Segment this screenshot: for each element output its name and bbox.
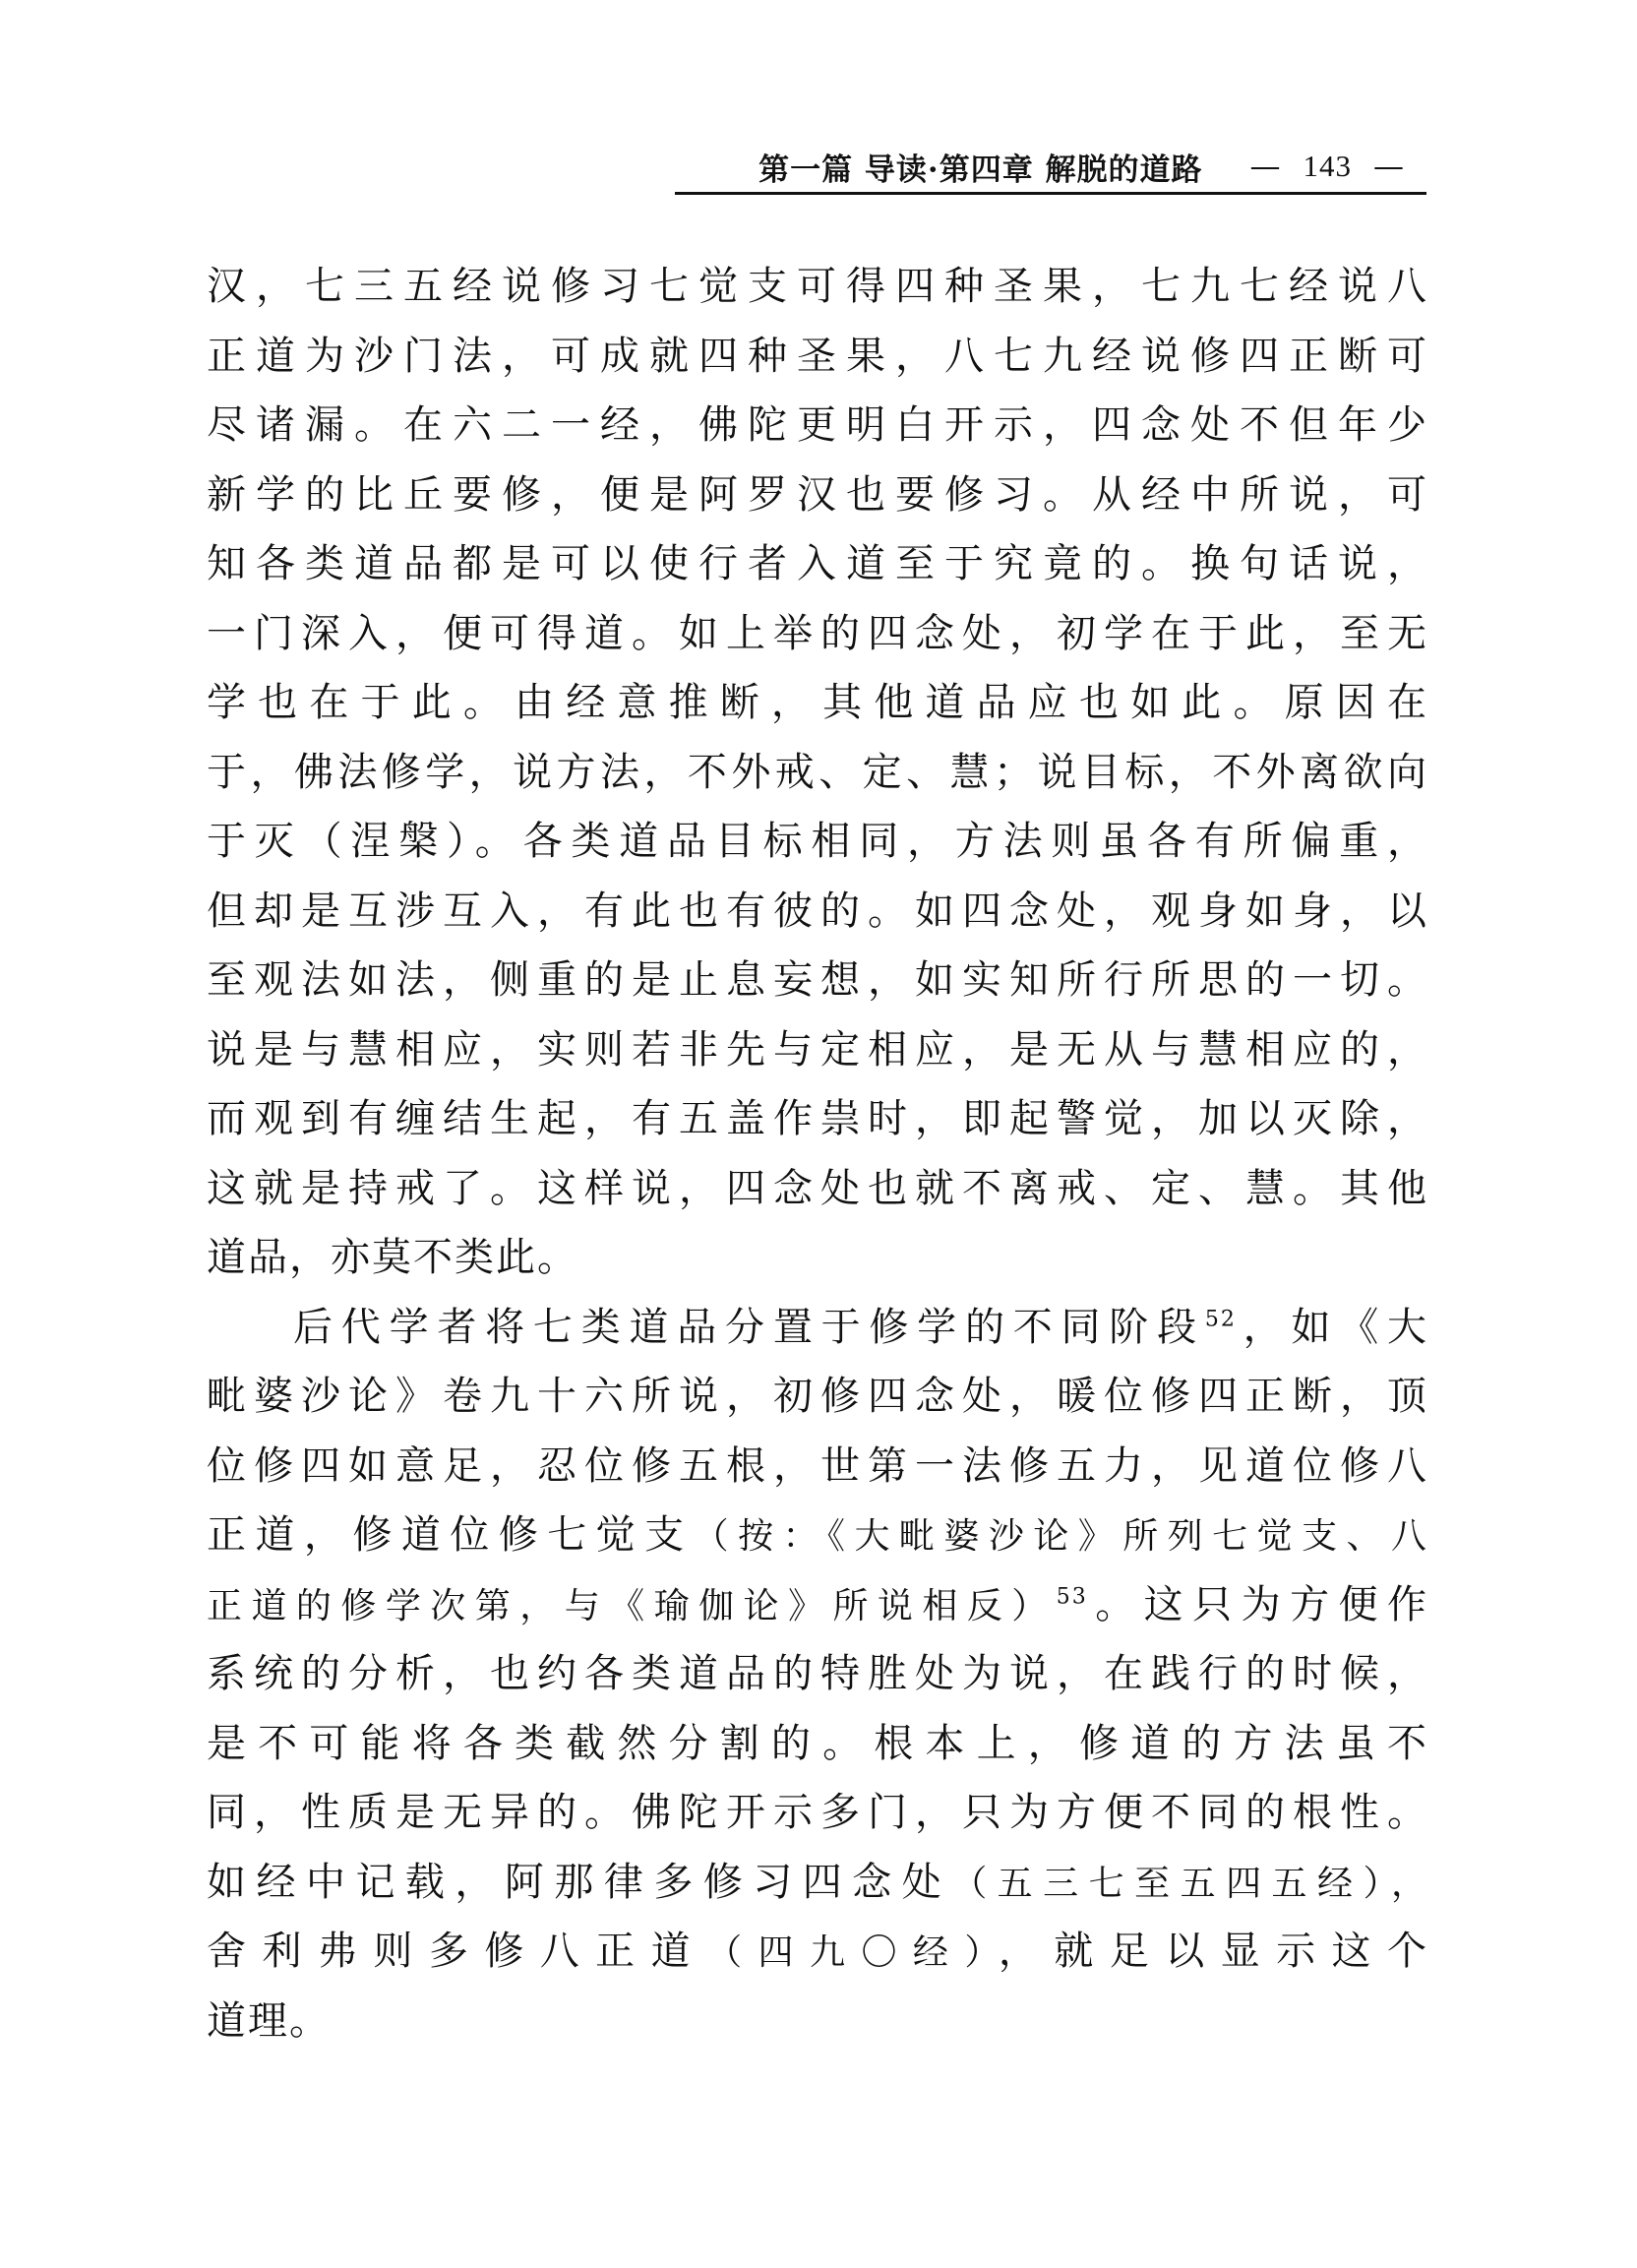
text-line: 这就是持戒了。这样说，四念处也就不离戒、定、慧。其他 xyxy=(207,1154,1428,1224)
text-line: 同，性质是无异的。佛陀开示多门，只为方便不同的根性。 xyxy=(207,1778,1428,1848)
body-text: 汉，七三五经说修习七觉支可得四种圣果，七九七经说八 正道为沙门法，可成就四种圣果… xyxy=(207,252,1428,2055)
text-line: 学也在于此。由经意推断，其他道品应也如此。原因在 xyxy=(207,668,1428,738)
text-line: 尽诸漏。在六二一经，佛陀更明白开示，四念处不但年少 xyxy=(207,391,1428,460)
editor-note: （按：《大毗婆沙论》所列七觉支、八 xyxy=(694,1516,1428,1557)
page-number: 143 xyxy=(1304,149,1353,184)
header-rule xyxy=(675,192,1426,195)
text-run: 如经中记载，阿那律多修习四念处 xyxy=(207,1860,951,1905)
text-run: ，如《大 xyxy=(1237,1305,1428,1350)
text-line: 新学的比丘要修，便是阿罗汉也要修习。从经中所说，可 xyxy=(207,460,1428,530)
text-line: 说是与慧相应，实则若非先与定相应，是无从与慧相应的， xyxy=(207,1015,1428,1085)
text-run: 。这只为方便作 xyxy=(1088,1582,1428,1627)
text-line: 知各类道品都是可以使行者入道至于究竟的。换句话说， xyxy=(207,529,1428,599)
chapter-title: 第一篇 导读·第四章 解脱的道路 xyxy=(758,145,1202,189)
text-line: 但却是互涉互入，有此也有彼的。如四念处，观身如身，以 xyxy=(207,877,1428,947)
sutra-reference: （五三七至五四五经）， xyxy=(951,1864,1428,1904)
editor-note: 正道的修学次第，与《瑜伽论》所说相反） xyxy=(207,1586,1057,1626)
text-line: 道品，亦莫不类此。 xyxy=(207,1223,1428,1293)
footnote-marker-52[interactable]: 52 xyxy=(1205,1307,1237,1331)
text-line: 而观到有缠结生起，有五盖作祟时，即起警觉，加以灭除， xyxy=(207,1084,1428,1154)
text-line: 于，佛法修学，说方法，不外戒、定、慧；说目标，不外离欲向 xyxy=(207,738,1428,808)
text-line: 舍利弗则多修八正道（四九〇经），就足以显示这个 xyxy=(207,1917,1428,1987)
dash-left: — xyxy=(1250,149,1282,184)
text-run: 正道，修道位修七觉支 xyxy=(207,1512,694,1558)
text-line: 位修四如意足，忍位修五根，世第一法修五力，见道位修八 xyxy=(207,1432,1428,1502)
dash-right: — xyxy=(1373,149,1405,184)
paragraph-start: 后代学者将七类道品分置于修学的不同阶段52，如《大 xyxy=(207,1293,1428,1363)
running-header: 第一篇 导读·第四章 解脱的道路 — 143 — xyxy=(675,144,1426,189)
text-run: ，就足以显示这个 xyxy=(999,1929,1428,1974)
text-line: 汉，七三五经说修习七觉支可得四种圣果，七九七经说八 xyxy=(207,252,1428,322)
text-run: 舍利弗则多修八正道 xyxy=(207,1929,706,1974)
text-line: 至观法如法，侧重的是止息妄想，如实知所行所思的一切。 xyxy=(207,946,1428,1015)
text-line: 于灭（涅槃）。各类道品目标相同，方法则虽各有所偏重， xyxy=(207,807,1428,877)
footnote-marker-53[interactable]: 53 xyxy=(1057,1584,1088,1609)
text-line: 正道为沙门法，可成就四种圣果，八七九经说修四正断可 xyxy=(207,322,1428,392)
text-line: 是不可能将各类截然分割的。根本上，修道的方法虽不 xyxy=(207,1709,1428,1779)
sutra-reference: （四九〇经） xyxy=(706,1932,999,1973)
text-run: 后代学者将七类道品分置于修学的不同阶段 xyxy=(293,1305,1205,1350)
text-line: 系统的分析，也约各类道品的特胜处为说，在践行的时候， xyxy=(207,1639,1428,1709)
text-line: 毗婆沙论》卷九十六所说，初修四念处，暖位修四正断，顶 xyxy=(207,1362,1428,1432)
text-line: 道理。 xyxy=(207,1987,1428,2056)
text-line: 正道的修学次第，与《瑜伽论》所说相反）53。这只为方便作 xyxy=(207,1570,1428,1640)
text-line: 正道，修道位修七觉支（按：《大毗婆沙论》所列七觉支、八 xyxy=(207,1501,1428,1570)
text-line: 一门深入，便可得道。如上举的四念处，初学在于此，至无 xyxy=(207,599,1428,669)
text-line: 如经中记载，阿那律多修习四念处（五三七至五四五经）， xyxy=(207,1848,1428,1918)
